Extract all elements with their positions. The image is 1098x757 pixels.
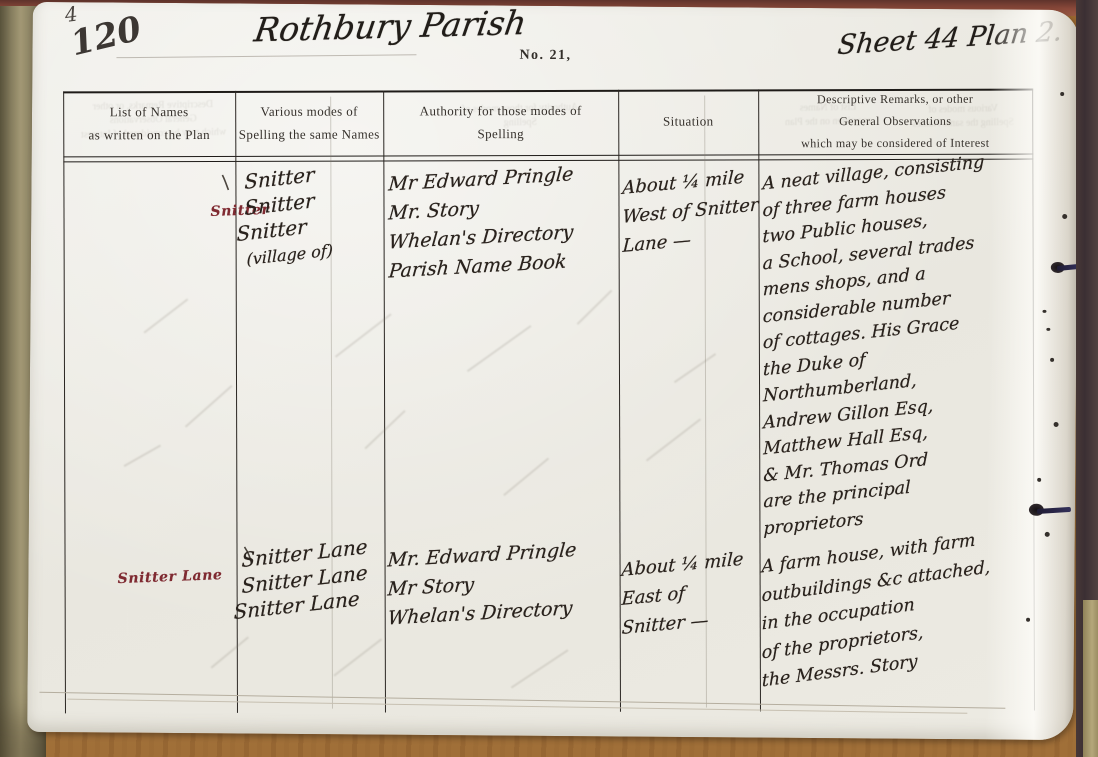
document-page: 4 120 Rothbury Parish No. 21, Sheet 44 P…	[27, 2, 1079, 740]
pencil-tick-mark	[218, 173, 234, 193]
binding-hole	[1054, 422, 1059, 427]
bleed-through-text: Descriptive Remarks, or otherGeneral Obs…	[78, 98, 229, 143]
bleed-through-text: List of Namesas written on the Plan	[768, 100, 889, 130]
binding-hole	[1060, 92, 1064, 96]
binding-board-edge	[1083, 600, 1098, 757]
binding-hole	[1062, 214, 1067, 219]
situation-entry: About ¼ mileEast ofSnitter —	[622, 555, 745, 642]
ghost-line: as written on the Plan	[768, 114, 888, 130]
header-underline-1	[63, 154, 1033, 158]
binding-hole	[1037, 478, 1041, 482]
authority-entries: Mr Edward PringleMr. StoryWhelan's Direc…	[388, 170, 573, 287]
paper-scuff	[1042, 310, 1046, 313]
column-header-situation: Situation	[618, 91, 758, 151]
header-line: which may be considered of Interest	[801, 135, 989, 151]
spelling-entries: Snitter LaneSnitter LaneSnitter Lane	[241, 547, 368, 625]
column-divider-2	[383, 90, 386, 712]
spelling-entries: SnitterSnitterSnitter(village of)	[244, 169, 333, 273]
authority-entries: Mr. Edward PringleMr StoryWhelan's Direc…	[387, 546, 576, 634]
plan-name-label: Snitter Lane	[117, 567, 222, 587]
binding-hole	[1045, 532, 1050, 537]
header-line: Spelling the same Names	[239, 126, 380, 142]
paper-scuff	[1046, 328, 1050, 331]
binding-hole	[1026, 618, 1030, 622]
table-left-border	[63, 91, 66, 713]
header-line: Various modes of	[260, 103, 357, 119]
header-line: Situation	[663, 114, 714, 130]
record-table: List of Namesas written on the Plan Vari…	[32, 4, 1080, 737]
bleed-through-text: Authority for those modes ofSpelling	[440, 100, 601, 131]
column-header-spellings: Various modes ofSpelling the same Names	[235, 92, 383, 152]
remarks-entry: A neat village, consistingof three farm …	[762, 171, 986, 543]
photographed-name-book-page: 4 120 Rothbury Parish No. 21, Sheet 44 P…	[0, 0, 1098, 757]
page-curl-highlight	[985, 9, 1079, 740]
binding-hole	[1050, 358, 1054, 362]
remarks-entry: A farm house, with farmoutbuildings &c a…	[762, 553, 993, 696]
situation-entry: About ¼ mileWest of SnitterLane —	[622, 173, 759, 260]
